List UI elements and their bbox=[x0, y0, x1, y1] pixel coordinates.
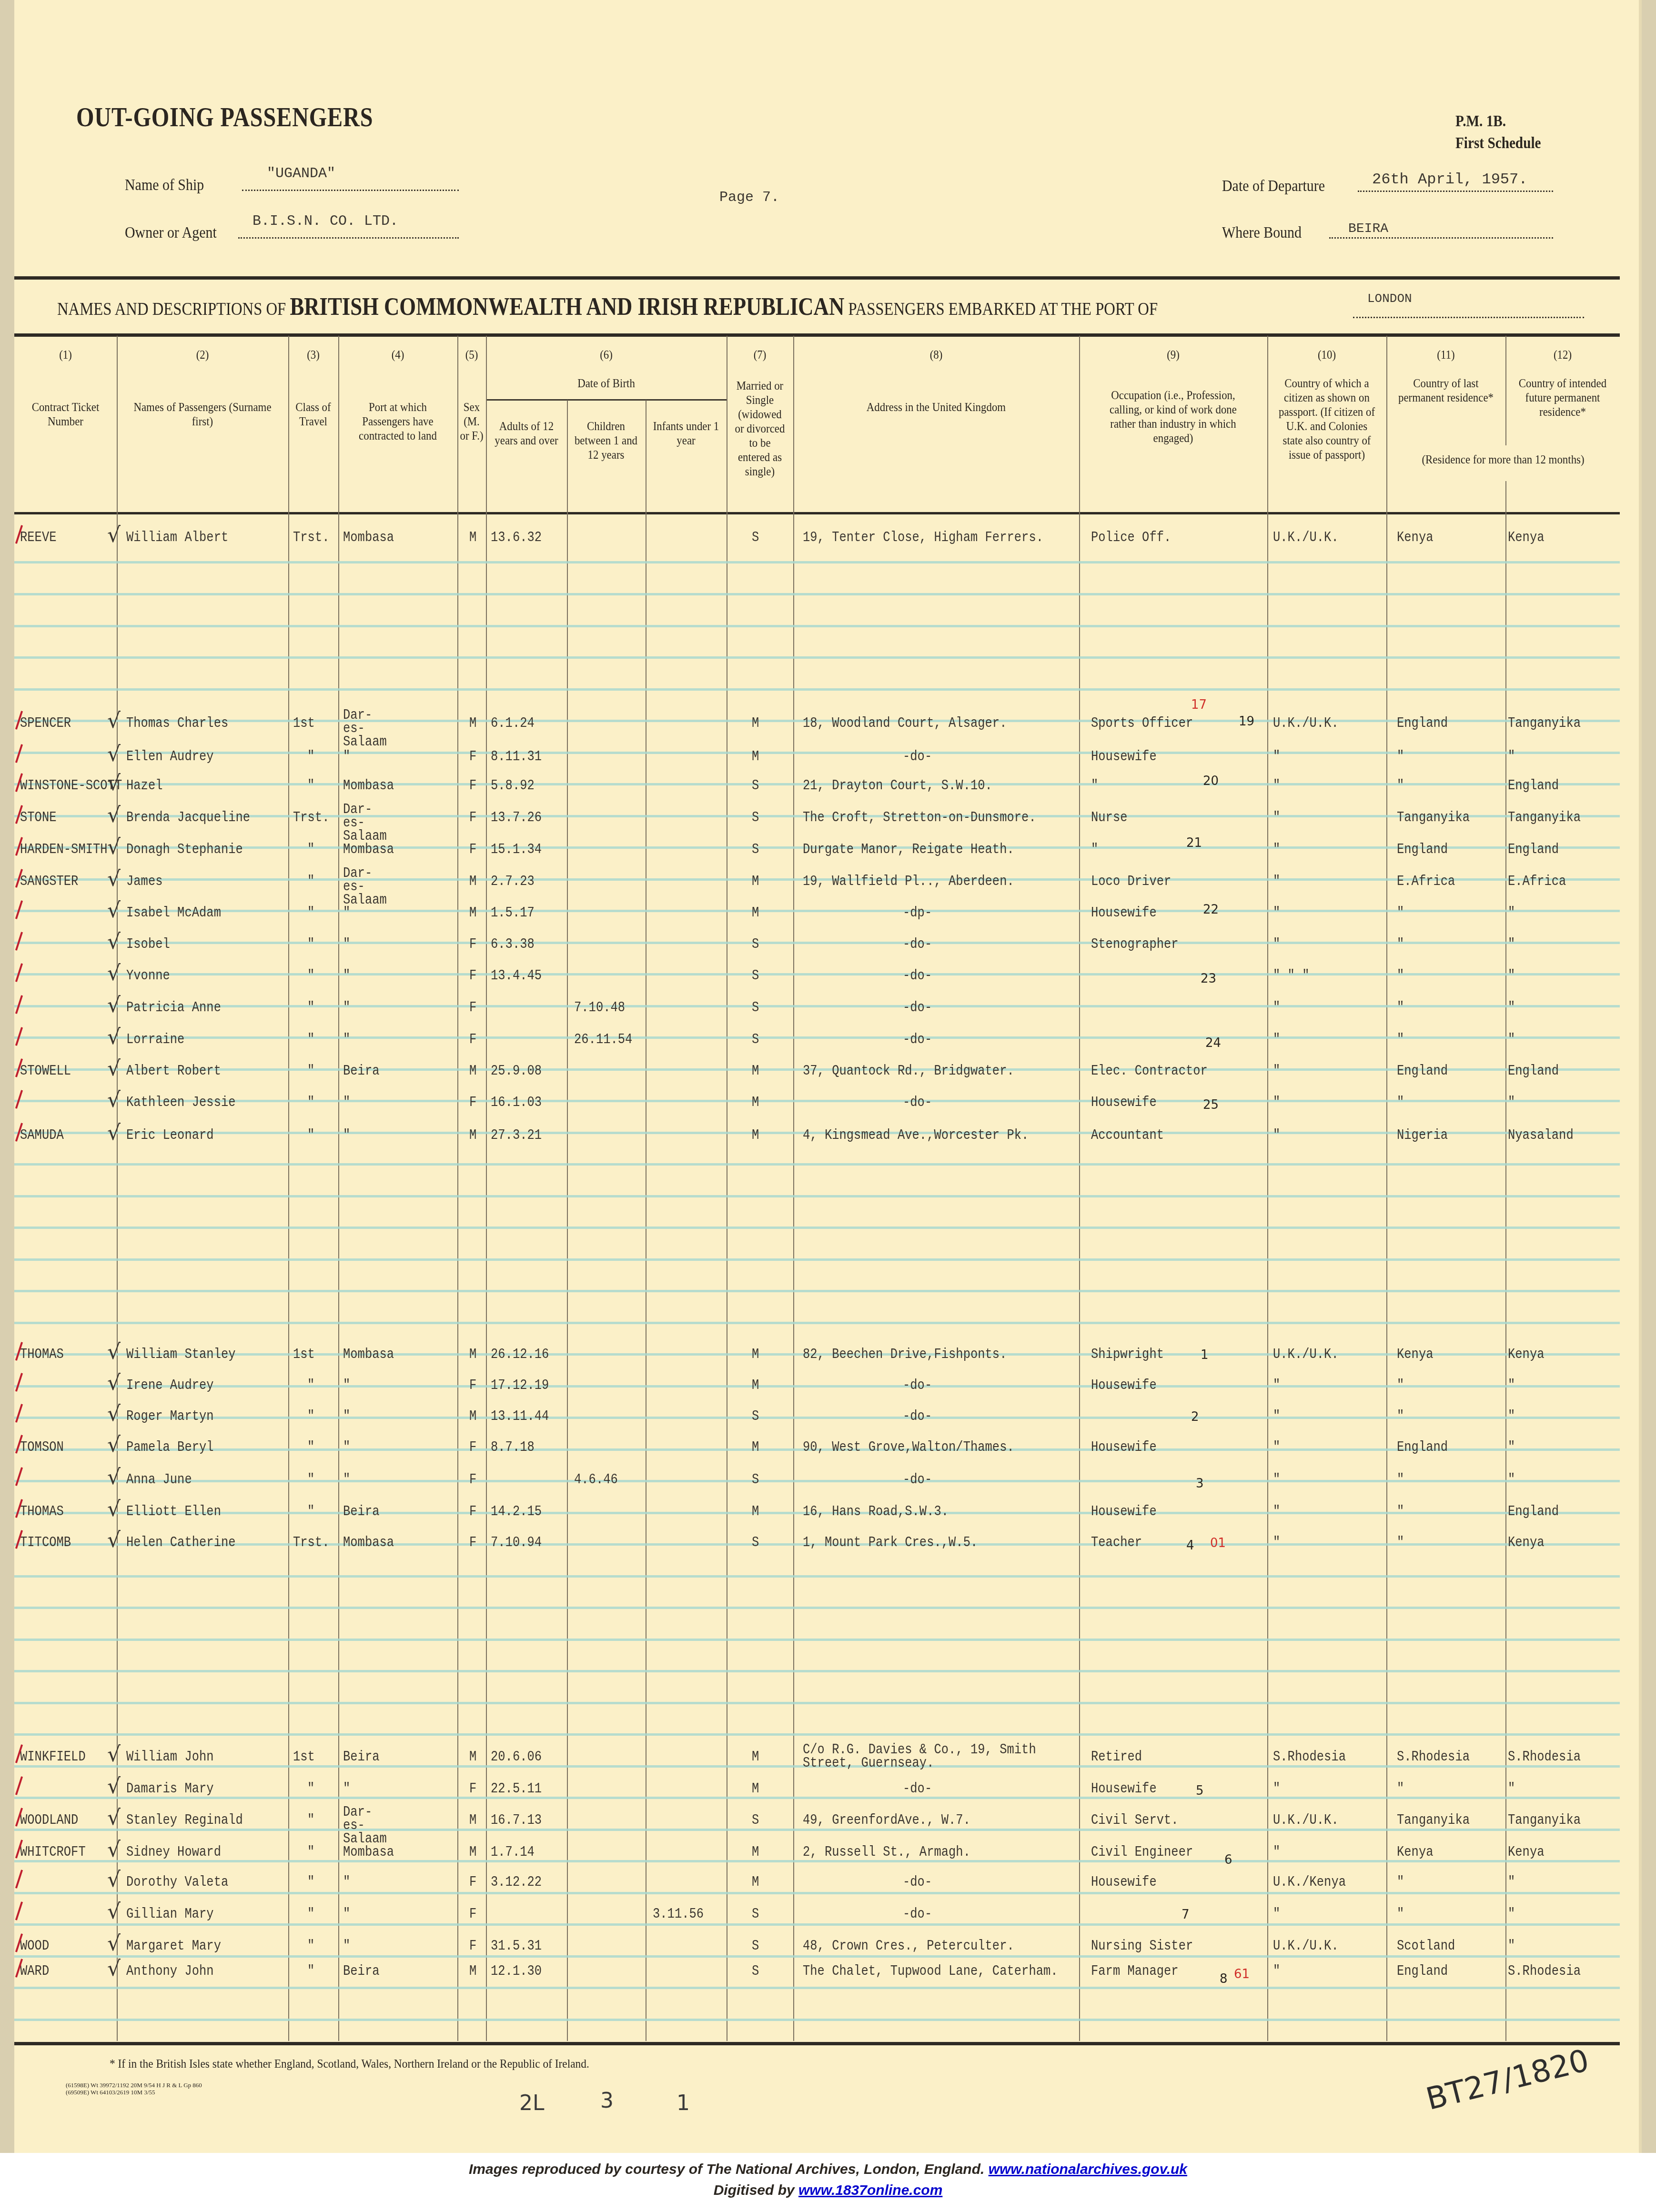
col6-label: Date of Birth bbox=[500, 376, 712, 391]
cell-last: " bbox=[1397, 1472, 1404, 1488]
cell-given: Stanley Reginald bbox=[126, 1812, 243, 1829]
header-rule-bottom bbox=[14, 333, 1620, 337]
cell-sex: F bbox=[469, 778, 476, 794]
residence-note: (Residence for more than 12 months) bbox=[1400, 452, 1606, 467]
cell-port: Beira bbox=[343, 1504, 380, 1520]
cell-ms: M bbox=[752, 874, 759, 890]
cell-address: 82, Beechen Drive,Fishponts. bbox=[803, 1347, 1007, 1363]
cell-class: " bbox=[307, 968, 314, 984]
cell-adult: 14.2.15 bbox=[491, 1504, 542, 1520]
col2-label: Names of Passengers (Surname first) bbox=[131, 400, 273, 429]
cell-occupation: Shipwright bbox=[1091, 1347, 1164, 1363]
ledger-line bbox=[14, 656, 1620, 659]
cell-ms: M bbox=[752, 1844, 759, 1860]
cell-adult: 2.7.23 bbox=[491, 874, 535, 890]
cell-future: " bbox=[1508, 968, 1515, 984]
cell-address: 90, West Grove,Walton/Thames. bbox=[803, 1439, 1014, 1456]
cell-ms: S bbox=[752, 1535, 759, 1551]
cell-sex: F bbox=[469, 1000, 476, 1016]
ledger-line bbox=[14, 625, 1620, 627]
cell-address: -do- bbox=[903, 1000, 932, 1016]
cell-citizen: U.K./U.K. bbox=[1273, 530, 1339, 546]
pencil-tick-icon: √ bbox=[107, 1465, 121, 1489]
pencil-tick-icon: √ bbox=[107, 1957, 121, 1981]
pencil-tick-icon: √ bbox=[107, 1371, 121, 1395]
cell-occupation: " bbox=[1091, 842, 1098, 858]
col4-num: (4) bbox=[345, 348, 450, 362]
national-archives-link[interactable]: www.nationalarchives.gov.uk bbox=[989, 2162, 1187, 2177]
cell-given: Helen Catherine bbox=[126, 1535, 236, 1551]
cell-surname: WOOD bbox=[20, 1938, 49, 1954]
cell-adult: 1.5.17 bbox=[491, 905, 535, 921]
cell-occupation: Sports Officer bbox=[1091, 715, 1193, 732]
margin-number: 17 bbox=[1191, 698, 1207, 712]
cell-ms: S bbox=[752, 810, 759, 826]
pencil-tick-icon: √ bbox=[107, 867, 121, 891]
cell-ms: S bbox=[752, 968, 759, 984]
cell-citizen: " bbox=[1273, 1963, 1280, 1980]
bound-label: Where Bound bbox=[1222, 224, 1302, 242]
cell-given: Damaris Mary bbox=[126, 1781, 214, 1797]
pencil-tick-icon: √ bbox=[107, 1838, 121, 1862]
cell-port: " bbox=[343, 1938, 350, 1954]
col8-num: (8) bbox=[810, 348, 1062, 362]
col9-num: (9) bbox=[1091, 348, 1256, 362]
ledger-line bbox=[14, 1290, 1620, 1292]
cell-citizen: U.K./Kenya bbox=[1273, 1874, 1346, 1890]
cell-future: Tanganyika bbox=[1508, 810, 1581, 826]
ledger-line bbox=[14, 1607, 1620, 1609]
cell-citizen: " bbox=[1273, 1439, 1280, 1456]
cell-ms: S bbox=[752, 936, 759, 953]
cell-port: " bbox=[343, 1127, 350, 1144]
cell-sex: F bbox=[469, 1032, 476, 1048]
cell-address: -do- bbox=[903, 968, 932, 984]
cell-future: " bbox=[1508, 1938, 1515, 1954]
subheading-bold: BRITISH COMMONWEALTH AND IRISH REPUBLICA… bbox=[290, 293, 844, 321]
cell-future: " bbox=[1508, 1906, 1515, 1922]
ledger-line bbox=[14, 910, 1620, 912]
margin-number: 23 bbox=[1201, 972, 1216, 986]
margin-number: 1 bbox=[1201, 1348, 1209, 1362]
pencil-tick-icon: √ bbox=[107, 771, 121, 795]
cell-future: Kenya bbox=[1508, 1535, 1545, 1551]
col12-num: (12) bbox=[1512, 348, 1613, 362]
cell-last: " bbox=[1397, 1906, 1404, 1922]
ledger-line bbox=[14, 1163, 1620, 1166]
cell-ms: S bbox=[752, 530, 759, 546]
cell-sex: M bbox=[469, 1749, 476, 1765]
schedule-label: First Schedule bbox=[1455, 132, 1541, 154]
cell-surname: THOMAS bbox=[20, 1347, 64, 1363]
col11-label: Country of last permanent residence* bbox=[1398, 376, 1494, 405]
cell-given: Eric Leonard bbox=[126, 1127, 214, 1144]
grid-line bbox=[1505, 481, 1506, 2041]
cell-future: Tanganyika bbox=[1508, 1812, 1581, 1829]
cell-future: Nyasaland bbox=[1508, 1127, 1574, 1144]
cell-child: 4.6.46 bbox=[574, 1472, 618, 1488]
cell-surname: TOMSON bbox=[20, 1439, 64, 1456]
cell-future: " bbox=[1508, 1874, 1515, 1890]
cell-port: Mombasa bbox=[343, 1347, 394, 1363]
cell-port: Beira bbox=[343, 1749, 380, 1765]
bound-value: BEIRA bbox=[1348, 221, 1388, 236]
cell-future: Kenya bbox=[1508, 530, 1545, 546]
col4-label: Port at which Passengers have contracted… bbox=[350, 400, 446, 443]
cell-surname: REEVE bbox=[20, 530, 57, 546]
margin-number: 8 bbox=[1220, 1972, 1228, 1986]
tally-1: 2L bbox=[519, 2091, 545, 2115]
ship-name-dots bbox=[242, 190, 459, 191]
cell-infant: 3.11.56 bbox=[653, 1906, 704, 1922]
cell-adult: 31.5.31 bbox=[491, 1938, 542, 1954]
print-codes: (61598E) Wt 39972/1192 20M 9/54 H J R & … bbox=[66, 2081, 202, 2096]
cell-sex: M bbox=[469, 874, 476, 890]
pencil-tick-icon: √ bbox=[107, 1402, 121, 1426]
col11-num: (11) bbox=[1393, 348, 1498, 362]
cell-future: " bbox=[1508, 1439, 1515, 1456]
col2-num: (2) bbox=[127, 348, 278, 362]
cell-address: The Chalet, Tupwood Lane, Caterham. bbox=[803, 1963, 1058, 1980]
cell-occupation: Housewife bbox=[1091, 749, 1157, 765]
cell-given: Margaret Mary bbox=[126, 1938, 221, 1954]
table-header-rule bbox=[14, 512, 1620, 514]
cell-port: " bbox=[343, 1472, 350, 1488]
cell-ms: S bbox=[752, 1938, 759, 1954]
cell-port: " bbox=[343, 749, 350, 765]
margin-number: 2 bbox=[1191, 1410, 1199, 1424]
departure-label: Date of Departure bbox=[1222, 177, 1325, 195]
cell-citizen: " bbox=[1273, 1377, 1280, 1394]
cell-citizen: " bbox=[1273, 1535, 1280, 1551]
cell-address: -do- bbox=[903, 1906, 932, 1922]
pencil-tick-icon: √ bbox=[107, 835, 121, 859]
pencil-tick-icon: √ bbox=[107, 1056, 121, 1081]
pencil-tick-icon: √ bbox=[107, 1900, 121, 1924]
cell-last: Tanganyika bbox=[1397, 1812, 1470, 1829]
cell-citizen: U.K./U.K. bbox=[1273, 1812, 1339, 1829]
cell-future: " bbox=[1508, 1377, 1515, 1394]
grid-line bbox=[793, 336, 794, 2041]
cell-sex: M bbox=[469, 1347, 476, 1363]
ledger-line bbox=[14, 1670, 1620, 1672]
cell-class: " bbox=[307, 1377, 314, 1394]
cell-port: " bbox=[343, 1000, 350, 1016]
cell-citizen: S.Rhodesia bbox=[1273, 1749, 1346, 1765]
pencil-tick-icon: √ bbox=[107, 993, 121, 1017]
cell-citizen: " bbox=[1273, 1781, 1280, 1797]
pencil-tick-icon: √ bbox=[107, 1742, 121, 1767]
cell-occupation: Loco Driver bbox=[1091, 874, 1171, 890]
cell-address: Durgate Manor, Reigate Heath. bbox=[803, 842, 1014, 858]
cell-adult: 13.4.45 bbox=[491, 968, 542, 984]
cell-last: " bbox=[1397, 936, 1404, 953]
pencil-tick-icon: √ bbox=[107, 742, 121, 766]
col10-num: (10) bbox=[1274, 348, 1379, 362]
cell-citizen: U.K./U.K. bbox=[1273, 1347, 1339, 1363]
cell-occupation: Nursing Sister bbox=[1091, 1938, 1193, 1954]
cell-surname: SAMUDA bbox=[20, 1127, 64, 1144]
cell-last: England bbox=[1397, 1963, 1448, 1980]
tally-2: 3 bbox=[600, 2089, 614, 2113]
cell-address: -do- bbox=[903, 936, 932, 953]
cell-sex: M bbox=[469, 1963, 476, 1980]
cell-ms: M bbox=[752, 1749, 759, 1765]
cell-sex: F bbox=[469, 1906, 476, 1922]
cell-citizen: " bbox=[1273, 1032, 1280, 1048]
cell-adult: 15.1.34 bbox=[491, 842, 542, 858]
col9-label: Occupation (i.e., Profession, calling, o… bbox=[1097, 388, 1250, 445]
cell-citizen: " bbox=[1273, 1127, 1280, 1144]
cell-future: Kenya bbox=[1508, 1347, 1545, 1363]
grid-line bbox=[1079, 336, 1080, 2041]
cell-occupation: Housewife bbox=[1091, 1874, 1157, 1890]
cell-occupation: Farm Manager bbox=[1091, 1963, 1179, 1980]
cell-port: Dar-es-Salaam bbox=[343, 803, 388, 843]
port-dots bbox=[1353, 317, 1584, 318]
cell-class: 1st bbox=[293, 715, 315, 732]
ledger-line bbox=[14, 1322, 1620, 1324]
cell-port: Mombasa bbox=[343, 1844, 394, 1860]
cell-address: The Croft, Stretton-on-Dunsmore. bbox=[803, 810, 1036, 826]
cell-last: " bbox=[1397, 1095, 1404, 1111]
ledger-line bbox=[14, 2019, 1620, 2021]
cell-ms: M bbox=[752, 715, 759, 732]
1837online-link[interactable]: www.1837online.com bbox=[798, 2182, 942, 2198]
cell-last: " bbox=[1397, 1504, 1404, 1520]
cell-address: -do- bbox=[903, 749, 932, 765]
cell-given: Patricia Anne bbox=[126, 1000, 221, 1016]
departure-date: 26th April, 1957. bbox=[1372, 171, 1527, 188]
col1-label: Contract Ticket Number bbox=[20, 400, 111, 429]
pencil-tick-icon: √ bbox=[107, 930, 121, 954]
cell-future: " bbox=[1508, 749, 1515, 765]
pencil-tick-icon: √ bbox=[107, 1088, 121, 1112]
grid-line bbox=[646, 400, 646, 2041]
cell-port: Beira bbox=[343, 1063, 380, 1079]
cell-address: C/o R.G. Davies & Co., 19, Smith Street,… bbox=[803, 1743, 1062, 1770]
table-bottom-rule bbox=[14, 2042, 1620, 2045]
cell-address: 18, Woodland Court, Alsager. bbox=[803, 715, 1007, 732]
ledger-line bbox=[14, 973, 1620, 975]
cell-occupation: Civil Servt. bbox=[1091, 1812, 1179, 1829]
cell-address: -do- bbox=[903, 1472, 932, 1488]
cell-port: " bbox=[343, 1781, 350, 1797]
cell-sex: F bbox=[469, 1874, 476, 1890]
cell-class: " bbox=[307, 1906, 314, 1922]
cell-given: William Albert bbox=[126, 530, 228, 546]
col7-label: Married or Single (widowed or divorced t… bbox=[733, 379, 787, 479]
cell-class: 1st bbox=[293, 1749, 315, 1765]
ledger-line bbox=[14, 1702, 1620, 1704]
cell-class: " bbox=[307, 1000, 314, 1016]
cell-last: " bbox=[1397, 1000, 1404, 1016]
cell-adult: 7.10.94 bbox=[491, 1535, 542, 1551]
ledger-line bbox=[14, 1100, 1620, 1102]
cell-class: 1st bbox=[293, 1347, 315, 1363]
departure-dots bbox=[1358, 191, 1553, 192]
cell-class: " bbox=[307, 936, 314, 953]
cell-adult: 20.6.06 bbox=[491, 1749, 542, 1765]
cell-ms: S bbox=[752, 1000, 759, 1016]
cell-address: 19, Wallfield Pl.., Aberdeen. bbox=[803, 874, 1014, 890]
cell-citizen: " bbox=[1273, 1906, 1280, 1922]
pencil-tick-icon: √ bbox=[107, 1528, 121, 1552]
cell-sex: F bbox=[469, 1535, 476, 1551]
cell-given: Sidney Howard bbox=[126, 1844, 221, 1860]
cell-occupation: Housewife bbox=[1091, 1504, 1157, 1520]
header-rule-top bbox=[14, 276, 1620, 280]
cell-sex: M bbox=[469, 1063, 476, 1079]
cell-given: Isabel McAdam bbox=[126, 905, 221, 921]
grid-line bbox=[1505, 336, 1506, 445]
cell-future: " bbox=[1508, 1032, 1515, 1048]
cell-given: Dorothy Valeta bbox=[126, 1874, 228, 1890]
cell-ms: M bbox=[752, 1874, 759, 1890]
cell-surname: HARDEN-SMITH bbox=[20, 842, 108, 858]
cell-adult: 22.5.11 bbox=[491, 1781, 542, 1797]
cell-last: " bbox=[1397, 1535, 1404, 1551]
cell-child: 7.10.48 bbox=[574, 1000, 625, 1016]
col10-label: Country of which a citizen as shown on p… bbox=[1279, 376, 1375, 462]
margin-number: 24 bbox=[1205, 1036, 1221, 1050]
cell-sex: F bbox=[469, 1504, 476, 1520]
cell-ms: S bbox=[752, 1906, 759, 1922]
cell-address: 49, GreenfordAve., W.7. bbox=[803, 1812, 970, 1829]
grid-line bbox=[1386, 336, 1387, 2041]
cell-adult: 17.12.19 bbox=[491, 1377, 549, 1394]
cell-occupation: Housewife bbox=[1091, 1377, 1157, 1394]
ledger-line bbox=[14, 1005, 1620, 1007]
cell-port: Dar-es-Salaam bbox=[343, 867, 388, 907]
courtesy-text: Images reproduced by courtesy of The Nat… bbox=[469, 2162, 984, 2177]
cell-occupation: Stenographer bbox=[1091, 936, 1179, 953]
cell-sex: F bbox=[469, 1781, 476, 1797]
cell-port: Mombasa bbox=[343, 778, 394, 794]
cell-last: Tanganyika bbox=[1397, 810, 1470, 826]
cell-future: " bbox=[1508, 905, 1515, 921]
cell-port: Beira bbox=[343, 1963, 380, 1980]
cell-future: " bbox=[1508, 1095, 1515, 1111]
cell-given: Anthony John bbox=[126, 1963, 214, 1980]
cell-occupation: Elec. Contractor bbox=[1091, 1063, 1208, 1079]
cell-port: " bbox=[343, 1439, 350, 1456]
cell-occupation: Civil Engineer bbox=[1091, 1844, 1193, 1860]
ledger-line bbox=[14, 593, 1620, 595]
digitised-text: Digitised by bbox=[714, 2182, 795, 2198]
cell-last: " bbox=[1397, 1032, 1404, 1048]
cell-class: " bbox=[307, 1127, 314, 1144]
cell-last: England bbox=[1397, 1439, 1448, 1456]
pencil-tick-icon: √ bbox=[107, 898, 121, 923]
cell-sex: F bbox=[469, 749, 476, 765]
cell-sex: M bbox=[469, 1844, 476, 1860]
grid-line bbox=[338, 336, 339, 2041]
cell-last: England bbox=[1397, 715, 1448, 732]
pencil-tick-icon: √ bbox=[107, 1806, 121, 1830]
cell-last: Scotland bbox=[1397, 1938, 1455, 1954]
ledger-line bbox=[14, 1036, 1620, 1039]
page-title: OUT-GOING PASSENGERS bbox=[76, 102, 373, 133]
pencil-tick-icon: √ bbox=[107, 1433, 121, 1457]
cell-port: Dar-es-Salaam bbox=[343, 709, 388, 749]
margin-number: 6 bbox=[1224, 1853, 1232, 1867]
cell-adult: 26.12.16 bbox=[491, 1347, 549, 1363]
cell-sex: M bbox=[469, 530, 476, 546]
cell-port: " bbox=[343, 1874, 350, 1890]
cell-class: " bbox=[307, 778, 314, 794]
port-value: LONDON bbox=[1367, 292, 1412, 306]
cell-ms: M bbox=[752, 749, 759, 765]
cell-surname: WOODLAND bbox=[20, 1812, 78, 1829]
cell-citizen: " bbox=[1273, 1472, 1280, 1488]
cell-address: 4, Kingsmead Ave.,Worcester Pk. bbox=[803, 1127, 1029, 1144]
cell-given: William John bbox=[126, 1749, 214, 1765]
owner-label: Owner or Agent bbox=[125, 224, 217, 242]
subheading-post: PASSENGERS EMBARKED AT THE PORT OF bbox=[848, 299, 1158, 319]
print-code-2: (69509E) Wt 64103/2619 10M 3/55 bbox=[66, 2089, 202, 2096]
cell-last: " bbox=[1397, 749, 1404, 765]
ledger-line bbox=[14, 1417, 1620, 1419]
cell-sex: F bbox=[469, 810, 476, 826]
cell-class: " bbox=[307, 1439, 314, 1456]
cell-class: " bbox=[307, 905, 314, 921]
ledger-line bbox=[14, 1923, 1620, 1926]
cell-port: " bbox=[343, 968, 350, 984]
cell-address: -do- bbox=[903, 1032, 932, 1048]
cell-occupation: Nurse bbox=[1091, 810, 1128, 826]
cell-class: " bbox=[307, 1095, 314, 1111]
cell-occupation: Housewife bbox=[1091, 1095, 1157, 1111]
cell-given: Elliott Ellen bbox=[126, 1504, 221, 1520]
cell-address: 48, Crown Cres., Peterculter. bbox=[803, 1938, 1014, 1954]
cell-class: Trst. bbox=[293, 810, 330, 826]
subheading-pre: NAMES AND DESCRIPTIONS OF bbox=[57, 299, 286, 319]
col6-num: (6) bbox=[500, 348, 712, 362]
margin-number: 21 bbox=[1186, 836, 1202, 850]
cell-given: Yvonne bbox=[126, 968, 170, 984]
cell-sex: M bbox=[469, 715, 476, 732]
cell-address: 19, Tenter Close, Higham Ferrers. bbox=[803, 530, 1043, 546]
cell-address: 21, Drayton Court, S.W.10. bbox=[803, 778, 992, 794]
digitised-line: Digitised by www.1837online.com bbox=[0, 2182, 1656, 2199]
cell-sex: F bbox=[469, 968, 476, 984]
cell-future: England bbox=[1508, 1063, 1559, 1079]
pencil-tick-icon: √ bbox=[107, 1868, 121, 1892]
cell-last: " bbox=[1397, 968, 1404, 984]
cell-address: 16, Hans Road,S.W.3. bbox=[803, 1504, 949, 1520]
footnote: * If in the British Isles state whether … bbox=[110, 2057, 589, 2071]
cell-surname: WARD bbox=[20, 1963, 49, 1980]
cell-future: " bbox=[1508, 936, 1515, 953]
margin-number: 61 bbox=[1234, 1967, 1250, 1981]
cell-citizen: " bbox=[1273, 905, 1280, 921]
cell-adult: 6.1.24 bbox=[491, 715, 535, 732]
cell-last: " bbox=[1397, 1874, 1404, 1890]
form-code: P.M. 1B. bbox=[1455, 111, 1541, 132]
cell-last: S.Rhodesia bbox=[1397, 1749, 1470, 1765]
ledger-line bbox=[14, 1955, 1620, 1958]
cell-future: S.Rhodesia bbox=[1508, 1963, 1581, 1980]
cell-adult: 25.9.08 bbox=[491, 1063, 542, 1079]
margin-number: 20 bbox=[1203, 774, 1219, 788]
cell-sex: M bbox=[469, 905, 476, 921]
pencil-tick-icon: √ bbox=[107, 709, 121, 733]
cell-citizen: " bbox=[1273, 1063, 1280, 1079]
cell-given: Roger Martyn bbox=[126, 1408, 214, 1425]
cell-address: 2, Russell St., Armagh. bbox=[803, 1844, 970, 1860]
cell-adult: 13.6.32 bbox=[491, 530, 542, 546]
